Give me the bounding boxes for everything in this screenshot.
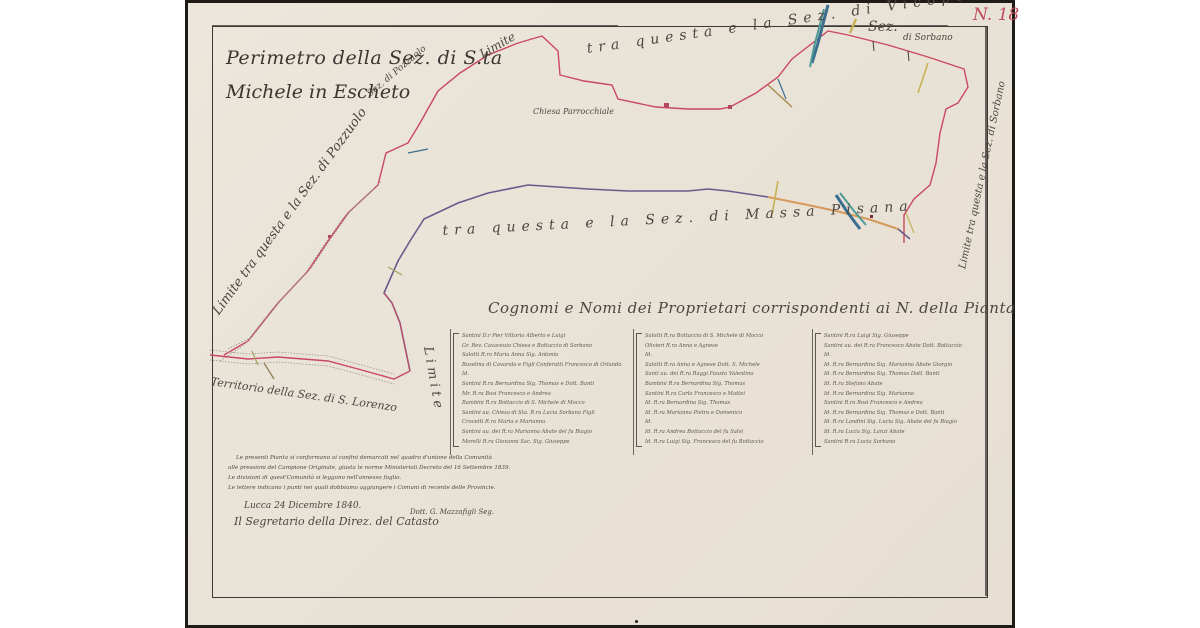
legend-row: Santi au. dei R.ra Raggi Fausto Valentin… (645, 370, 805, 380)
legend-row: Id. R.ra Luigi Sig. Francesco del fu Bot… (645, 438, 805, 448)
legend-row: Santini D.r Pier Vittorio Alberto e Luig… (462, 332, 627, 342)
legend-title: Cognomi e Nomi dei Proprietari corrispon… (488, 299, 1015, 317)
legend-row: Id. R.ra Bernardina Sig. Marianna Abate … (824, 361, 984, 371)
legend-row: Santini R.ra Lucia Sorbano (824, 438, 984, 448)
legend-row: Santini R.ra Luigi Sig. Giuseppe (824, 332, 984, 342)
legend-row: Bambini R.ra Bottaccio di S. Michele di … (462, 399, 627, 409)
legend-column-1: Santini D.r Pier Vittorio Alberto e Luig… (462, 332, 627, 447)
legend-divider-mid (633, 329, 634, 455)
legend-row: Id. (824, 351, 984, 361)
note-line-2: alle pressioni del Campione Originale, g… (228, 465, 510, 471)
map-sheet: Perimetro della Sez. di S.ta Michele in … (185, 0, 1015, 628)
legend-row: Id. R.ra Lucia Sig. Lanzi Abate (824, 428, 984, 438)
legend-row: Id. R.ra Bernardina Sig. Thomas (645, 399, 805, 409)
note-line-4: Le lettere indicano i punti nei quali do… (228, 485, 496, 491)
legend-row: Id. (645, 418, 805, 428)
legend-row: Morelli R.ra Giovanni Sac. Sig. Giuseppe (462, 438, 627, 448)
legend-row: Id. R.ra Bernardina Sig. Thomas e Dott. … (824, 409, 984, 419)
legend-row: Olivieri R.ra Anna e Agnese (645, 342, 805, 352)
legend-row: Id. (645, 351, 805, 361)
map-title-line1: Perimetro della Sez. di S.ta (226, 47, 503, 69)
legend-row: Id. R.ra Bernardina Sig. Marianna (824, 390, 984, 400)
legend-row: Santini au. dei R.ra Marianna Abate del … (462, 428, 627, 438)
note-line-3: Le divisioni di quest'Comunità si leggon… (228, 475, 401, 481)
legend-row: Id. R.ra Stefano Abate (824, 380, 984, 390)
ink-dot (635, 620, 638, 623)
legend-row: Gr. Rev. Cavaceuia Chiesa e Bottaccio di… (462, 342, 627, 352)
legend-row: Santini au. Chiesa di Sta. R.ra Lucia So… (462, 409, 627, 419)
legend-row: Id. R.ra Andrea Bottaccio del fu Salvi (645, 428, 805, 438)
legend-row: Santini R.ra Bernardina Sig. Thomas e Do… (462, 380, 627, 390)
label-north-corner: di Sorbano (903, 33, 953, 43)
legend-row: Buselina di Cavarolo e Figli Conferatti … (462, 361, 627, 371)
map-paper: Perimetro della Sez. di S.ta Michele in … (188, 3, 1012, 625)
legend-bracket-1 (453, 333, 459, 447)
legend-bracket-2 (636, 333, 642, 447)
legend-row: Mr. R.ra Bosi Francesco e Andrea (462, 390, 627, 400)
legend-row: Santini R.ra Carlo Francesco e Mattei (645, 390, 805, 400)
legend-row: Id. R.ra Marianna Pietro e Domenico (645, 409, 805, 419)
legend-row: Id. R.ra Landini Sig. Lucia Sig. Abate d… (824, 418, 984, 428)
legend-divider-right (812, 329, 813, 455)
legend-row: Bambini R.ra Bernardina Sig. Thomas (645, 380, 805, 390)
legend-row: Salotti R.ra Maria Anna Sig. Antonio (462, 351, 627, 361)
legend-bracket-3 (815, 333, 821, 447)
legend-column-3: Santini R.ra Luigi Sig. Giuseppe Santini… (824, 332, 984, 447)
legend-row: Crocetti R.ra Maria e Marianna (462, 418, 627, 428)
place-date: Lucca 24 Dicembre 1840. (244, 501, 361, 511)
legend-row: Id. R.ra Bernardina Sig. Thomas Dott. Ba… (824, 370, 984, 380)
legend-column-2: Salotti R.ra Bottaccio di S. Michele di … (645, 332, 805, 447)
legend-divider-left (450, 329, 451, 455)
legend-row: Santini au. dei R.ra Francesco Abate Dot… (824, 342, 984, 352)
legend-row: Santini R.ra Bosi Francesco e Andrea (824, 399, 984, 409)
signature-name: Dott. G. Mazzafigli Seg. (410, 508, 494, 516)
label-north-right: Sez. (868, 19, 898, 35)
signature-role: Il Segretario della Direz. del Catasto (234, 515, 439, 528)
label-church: Chiesa Parrocchiale (533, 107, 614, 116)
note-line-1: Le presenti Pianta si conformano ai conf… (236, 455, 492, 461)
sheet-number: N. 18 (973, 5, 1019, 25)
legend-row: Salotti R.ra Anna e Agnese Dott. S. Mich… (645, 361, 805, 371)
legend-row: Id. (462, 370, 627, 380)
legend-row: Salotti R.ra Bottaccio di S. Michele di … (645, 332, 805, 342)
